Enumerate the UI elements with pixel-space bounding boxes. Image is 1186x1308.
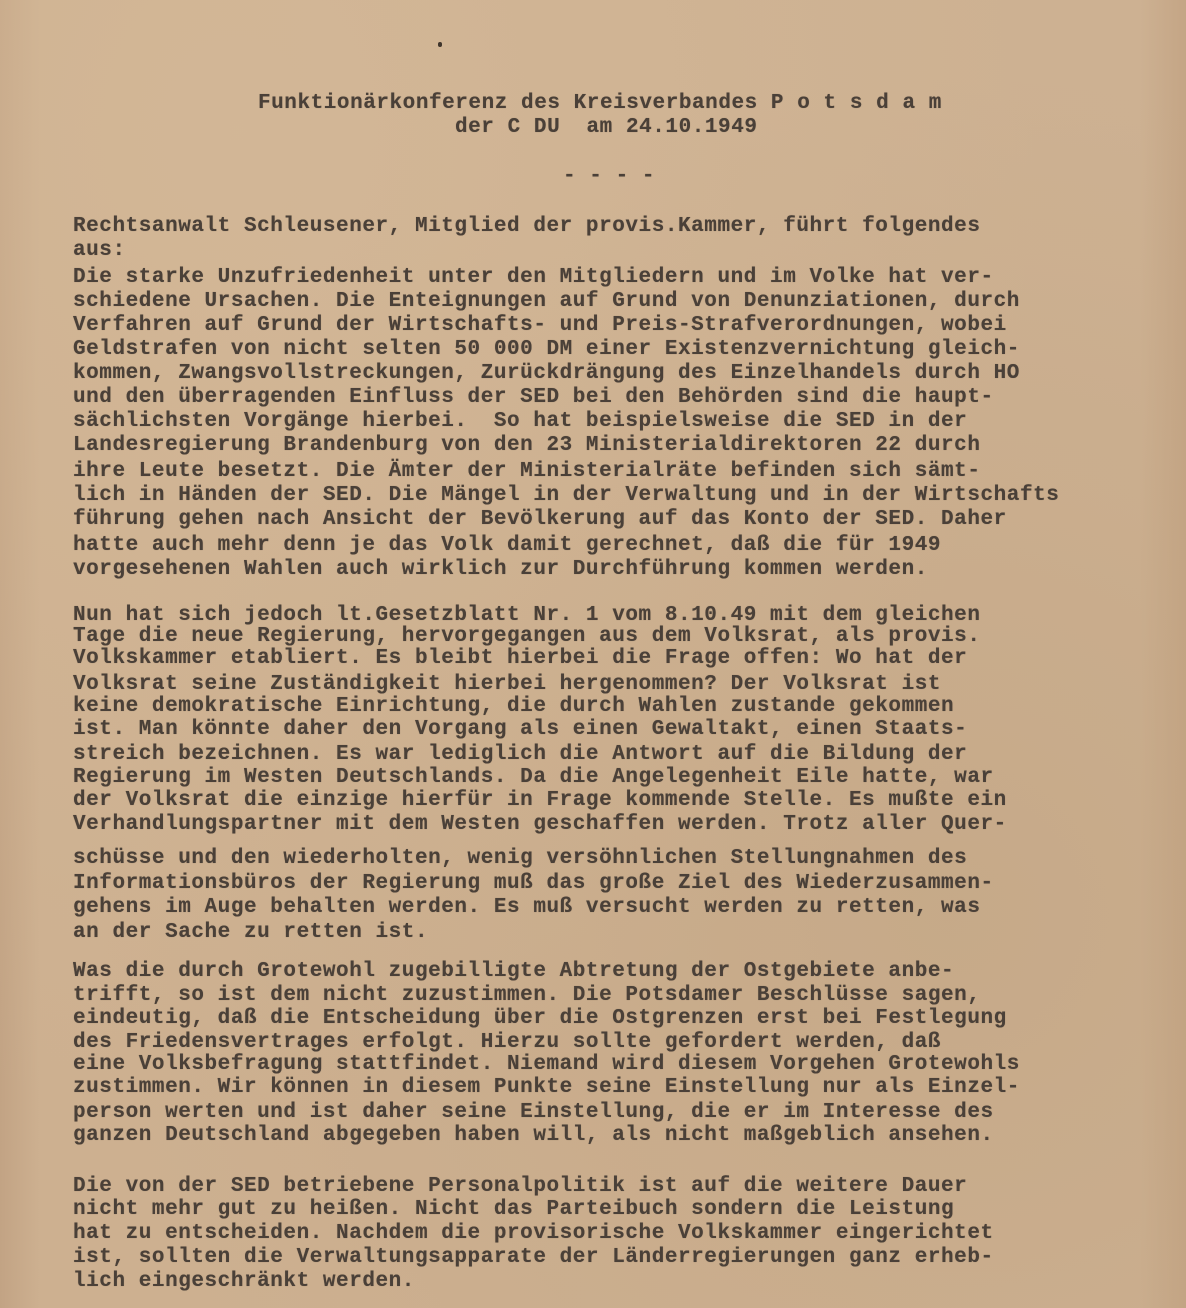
text-line: Die starke Unzufriedenheit unter den Mit… <box>73 266 994 290</box>
text-line: gehens im Auge behalten werden. Es muß v… <box>73 896 981 920</box>
text-line: führung gehen nach Ansicht der Bevölkeru… <box>73 508 1007 532</box>
text-line: kommen, Zwangsvollstreckungen, Zurückdrä… <box>73 362 1020 386</box>
text-line: ihre Leute besetzt. Die Ämter der Minist… <box>73 460 981 484</box>
title-separator: - - - - <box>563 165 655 188</box>
text-line: lich in Händen der SED. Die Mängel in de… <box>73 484 1059 508</box>
text-line: eine Volksbefragung stattfindet. Niemand… <box>73 1053 1020 1077</box>
text-line: schiedene Ursachen. Die Enteignungen auf… <box>73 290 1020 314</box>
text-line: person werten und ist daher seine Einste… <box>73 1101 994 1125</box>
text-line: an der Sache zu retten ist. <box>73 921 428 945</box>
text-line: Verhandlungspartner mit dem Westen gesch… <box>73 813 1007 837</box>
text-line: Die von der SED betriebene Personalpolit… <box>73 1175 967 1199</box>
text-line: ganzen Deutschland abgegeben haben will,… <box>73 1124 994 1148</box>
text-line: sächlichsten Vorgänge hierbei. So hat be… <box>73 410 967 434</box>
text-line: Geldstrafen von nicht selten 50 000 DM e… <box>73 338 1020 362</box>
text-line: Verfahren auf Grund der Wirtschafts- und… <box>73 314 1007 338</box>
text-line: lich eingeschränkt werden. <box>73 1270 415 1294</box>
text-line: hat zu entscheiden. Nachdem die provisor… <box>73 1222 994 1246</box>
text-line: Tage die neue Regierung, hervorgegangen … <box>73 625 981 649</box>
text-line: des Friedensvertrages erfolgt. Hierzu so… <box>73 1031 941 1055</box>
text-line: eindeutig, daß die Entscheidung über die… <box>73 1007 1007 1031</box>
text-line: ist, sollten die Verwaltungsapparate der… <box>73 1246 994 1270</box>
text-line: der Volksrat die einzige hierfür in Frag… <box>73 789 1007 813</box>
text-line: Volkskammer etabliert. Es bleibt hierbei… <box>73 647 967 671</box>
text-line: keine demokratische Einrichtung, die dur… <box>73 695 954 719</box>
ink-speck <box>438 42 442 47</box>
text-line: Regierung im Westen Deutschlands. Da die… <box>73 766 994 790</box>
document-title-line-1: Funktionärkonferenz des Kreisverbandes P… <box>258 92 942 115</box>
document-title-line-2: der C DU am 24.10.1949 <box>455 116 758 139</box>
text-line: schüsse und den wiederholten, wenig vers… <box>73 847 967 871</box>
text-line: vorgesehenen Wahlen auch wirklich zur Du… <box>73 558 928 582</box>
text-line: Volksrat seine Zuständigkeit hierbei her… <box>73 673 941 697</box>
scanned-document-page: Funktionärkonferenz des Kreisverbandes P… <box>0 0 1186 1308</box>
text-line: Informationsbüros der Regierung muß das … <box>73 872 994 896</box>
text-line: zustimmen. Wir können in diesem Punkte s… <box>73 1076 1020 1100</box>
text-line: Was die durch Grotewohl zugebilligte Abt… <box>73 960 954 984</box>
text-line: Rechtsanwalt Schleusener, Mitglied der p… <box>73 215 981 239</box>
text-line: Landesregierung Brandenburg von den 23 M… <box>73 434 981 458</box>
text-line: trifft, so ist dem nicht zuzustimmen. Di… <box>73 984 981 1008</box>
text-line: ist. Man könnte daher den Vorgang als ei… <box>73 718 967 742</box>
text-line: aus: <box>73 239 126 263</box>
text-line: streich bezeichnen. Es war lediglich die… <box>73 743 967 767</box>
text-line: hatte auch mehr denn je das Volk damit g… <box>73 534 941 558</box>
text-line: nicht mehr gut zu heißen. Nicht das Part… <box>73 1198 954 1222</box>
text-line: und den überragenden Einfluss der SED be… <box>73 386 994 410</box>
